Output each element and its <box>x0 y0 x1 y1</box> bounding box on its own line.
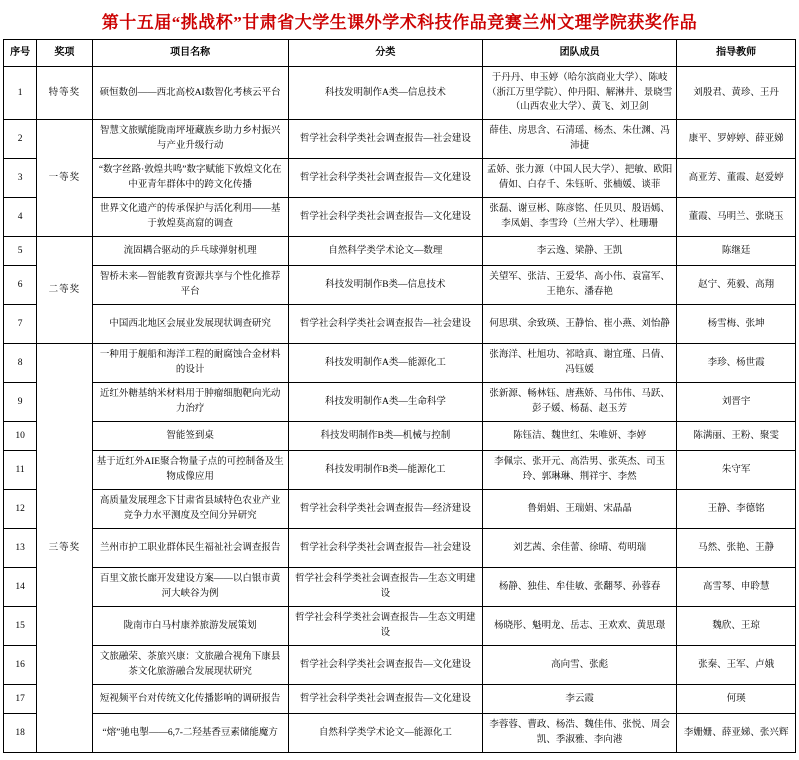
category-cell: 哲学社会科学类社会调查报告—社会建设 <box>288 120 482 159</box>
table-row: 8 三等奖 一种用于舰船和海洋工程的耐腐蚀合金材料的设计 科技发明制作A类—能源… <box>4 344 796 383</box>
table-row: 15 陇南市白马村康养旅游发展策划 哲学社会科学类社会调查报告—生态文明建设 杨… <box>4 607 796 646</box>
table-row: 18 “熔”驰电掣——6,7-二羟基香豆素储能魔方 自然科学类学术论文—能源化工… <box>4 714 796 753</box>
teachers-cell: 李珍、杨世霞 <box>677 344 796 383</box>
category-cell: 科技发明制作A类—生命科学 <box>288 383 482 422</box>
serial-cell: 9 <box>4 383 37 422</box>
category-cell: 哲学社会科学类社会调查报告—文化建设 <box>288 159 482 198</box>
category-cell: 科技发明制作B类—信息技术 <box>288 266 482 305</box>
table-row: 1 特等奖 硕恒数创——西北高校AI数智化考核云平台 科技发明制作A类—信息技术… <box>4 67 796 120</box>
team-cell: 杨静、独佳、牟佳敏、张翻琴、孙蓉春 <box>483 568 677 607</box>
header-serial: 序号 <box>4 40 37 67</box>
project-cell: 智桥未来—智能教育资源共享与个性化推荐平台 <box>92 266 288 305</box>
team-cell: 李云霞 <box>483 685 677 714</box>
team-cell: 陈钰洁、魏世红、朱唯妍、李婷 <box>483 422 677 451</box>
awards-table: 序号 奖项 项目名称 分类 团队成员 指导教师 1 特等奖 硕恒数创——西北高校… <box>3 39 796 753</box>
team-cell: 孟娇、张力源（中国人民大学）、把敏、欧阳倩如、白存千、朱钰昕、张楠媛、谈菲 <box>483 159 677 198</box>
project-cell: 文旅融荣、茶旅兴康：文旅融合视角下康县茶文化旅游融合发展现状研究 <box>92 646 288 685</box>
project-cell: 陇南市白马村康养旅游发展策划 <box>92 607 288 646</box>
header-award: 奖项 <box>37 40 92 67</box>
team-cell: 张新源、畅林钰、唐燕娇、马伟伟、马跃、彭子媛、杨磊、赵玉芳 <box>483 383 677 422</box>
team-cell: 李蓉蓉、曹政、杨浩、魏佳伟、张悦、周会凯、季淑雅、李向港 <box>483 714 677 753</box>
project-cell: 流固耦合驱动的乒乓球弹射机理 <box>92 237 288 266</box>
category-cell: 哲学社会科学类社会调查报告—社会建设 <box>288 529 482 568</box>
teachers-cell: 杨雪梅、张坤 <box>677 305 796 344</box>
project-cell: 基于近红外AIE聚合物量子点的可控制备及生物成像应用 <box>92 451 288 490</box>
serial-cell: 5 <box>4 237 37 266</box>
project-cell: 兰州市护工职业群体民生福祉社会调查报告 <box>92 529 288 568</box>
team-cell: 杨晓彤、魁明龙、岳志、王欢欢、黄思璟 <box>483 607 677 646</box>
project-cell: 一种用于舰船和海洋工程的耐腐蚀合金材料的设计 <box>92 344 288 383</box>
header-teachers: 指导教师 <box>677 40 796 67</box>
table-row: 13 兰州市护工职业群体民生福祉社会调查报告 哲学社会科学类社会调查报告—社会建… <box>4 529 796 568</box>
category-cell: 哲学社会科学类社会调查报告—生态文明建设 <box>288 568 482 607</box>
team-cell: 刘艺茜、余佳蕾、徐晴、苟明瑞 <box>483 529 677 568</box>
table-row: 2 一等奖 智慧文旅赋能陇南坪垭藏族乡助力乡村振兴与产业升级行动 哲学社会科学类… <box>4 120 796 159</box>
table-row: 5 二等奖 流固耦合驱动的乒乓球弹射机理 自然科学类学术论文—数理 李云逸、梁静… <box>4 237 796 266</box>
category-cell: 科技发明制作A类—能源化工 <box>288 344 482 383</box>
teachers-cell: 李姗姗、薛亚娣、张兴辉 <box>677 714 796 753</box>
award-cell: 特等奖 <box>37 67 92 120</box>
serial-cell: 18 <box>4 714 37 753</box>
teachers-cell: 刘晋宇 <box>677 383 796 422</box>
table-row: 3 “数字丝路·敦煌共鸣”数字赋能下敦煌文化在中亚青年群体中的跨文化传播 哲学社… <box>4 159 796 198</box>
table-row: 14 百里文旅长廊开发建设方案——以白银市黄河大峡谷为例 哲学社会科学类社会调查… <box>4 568 796 607</box>
category-cell: 自然科学类学术论文—能源化工 <box>288 714 482 753</box>
category-cell: 科技发明制作A类—信息技术 <box>288 67 482 120</box>
table-row: 10 智能签到桌 科技发明制作B类—机械与控制 陈钰洁、魏世红、朱唯妍、李婷 陈… <box>4 422 796 451</box>
page-title: 第十五届“挑战杯”甘肃省大学生课外学术科技作品竞赛兰州文理学院获奖作品 <box>3 4 796 39</box>
table-row: 17 短视频平台对传统文化传播影响的调研报告 哲学社会科学类社会调查报告—文化建… <box>4 685 796 714</box>
team-cell: 李云逸、梁静、王凯 <box>483 237 677 266</box>
category-cell: 哲学社会科学类社会调查报告—经济建设 <box>288 490 482 529</box>
table-row: 9 近红外糖基纳米材料用于肿瘤细胞靶向光动力治疗 科技发明制作A类—生命科学 张… <box>4 383 796 422</box>
category-cell: 哲学社会科学类社会调查报告—文化建设 <box>288 646 482 685</box>
table-row: 6 智桥未来—智能教育资源共享与个性化推荐平台 科技发明制作B类—信息技术 关望… <box>4 266 796 305</box>
team-cell: 于丹丹、申玉婷（哈尔滨商业大学）、陈岐（浙江万里学院）、仲丹阳、解淋井、景晓雪（… <box>483 67 677 120</box>
category-cell: 科技发明制作B类—能源化工 <box>288 451 482 490</box>
project-cell: 中国西北地区会展业发展现状调查研究 <box>92 305 288 344</box>
table-row: 7 中国西北地区会展业发展现状调查研究 哲学社会科学类社会调查报告—社会建设 何… <box>4 305 796 344</box>
serial-cell: 3 <box>4 159 37 198</box>
team-cell: 李佩宗、张开元、高浩男、张英杰、司玉玲、郭琳琳、荆祥宇、李然 <box>483 451 677 490</box>
serial-cell: 16 <box>4 646 37 685</box>
teachers-cell: 王静、李德铭 <box>677 490 796 529</box>
award-cell: 二等奖 <box>37 237 92 344</box>
serial-cell: 2 <box>4 120 37 159</box>
document-page: 第十五届“挑战杯”甘肃省大学生课外学术科技作品竞赛兰州文理学院获奖作品 序号 奖… <box>0 0 799 760</box>
category-cell: 哲学社会科学类社会调查报告—文化建设 <box>288 685 482 714</box>
table-row: 4 世界文化遗产的传承保护与活化利用——基于敦煌莫高窟的调查 哲学社会科学类社会… <box>4 198 796 237</box>
award-cell: 三等奖 <box>37 344 92 753</box>
project-cell: 智能签到桌 <box>92 422 288 451</box>
project-cell: 近红外糖基纳米材料用于肿瘤细胞靶向光动力治疗 <box>92 383 288 422</box>
teachers-cell: 刘殷君、黄珍、王丹 <box>677 67 796 120</box>
project-cell: “数字丝路·敦煌共鸣”数字赋能下敦煌文化在中亚青年群体中的跨文化传播 <box>92 159 288 198</box>
team-cell: 薛佳、房思含、石清瑶、杨杰、朱仕渊、冯沛捷 <box>483 120 677 159</box>
serial-cell: 1 <box>4 67 37 120</box>
teachers-cell: 康平、罗婷婷、薛亚娣 <box>677 120 796 159</box>
award-cell: 一等奖 <box>37 120 92 237</box>
serial-cell: 14 <box>4 568 37 607</box>
teachers-cell: 魏欣、王琼 <box>677 607 796 646</box>
project-cell: 智慧文旅赋能陇南坪垭藏族乡助力乡村振兴与产业升级行动 <box>92 120 288 159</box>
table-header-row: 序号 奖项 项目名称 分类 团队成员 指导教师 <box>4 40 796 67</box>
teachers-cell: 陈满丽、王粉、聚雯 <box>677 422 796 451</box>
teachers-cell: 高雪琴、申聆慧 <box>677 568 796 607</box>
project-cell: 高质量发展理念下甘肃省县域特色农业产业竞争力水平测度及空间分异研究 <box>92 490 288 529</box>
team-cell: 高向雪、张彪 <box>483 646 677 685</box>
project-cell: 硕恒数创——西北高校AI数智化考核云平台 <box>92 67 288 120</box>
serial-cell: 7 <box>4 305 37 344</box>
teachers-cell: 何瑛 <box>677 685 796 714</box>
teachers-cell: 赵宁、苑毅、高翔 <box>677 266 796 305</box>
team-cell: 鲁娟娟、王瑞娟、宋晶晶 <box>483 490 677 529</box>
project-cell: 百里文旅长廊开发建设方案——以白银市黄河大峡谷为例 <box>92 568 288 607</box>
category-cell: 哲学社会科学类社会调查报告—生态文明建设 <box>288 607 482 646</box>
serial-cell: 13 <box>4 529 37 568</box>
table-row: 11 基于近红外AIE聚合物量子点的可控制备及生物成像应用 科技发明制作B类—能… <box>4 451 796 490</box>
header-category: 分类 <box>288 40 482 67</box>
teachers-cell: 董霞、马明兰、张晓玉 <box>677 198 796 237</box>
team-cell: 何思琪、余致瑛、王静怡、崔小燕、刘怡静 <box>483 305 677 344</box>
category-cell: 自然科学类学术论文—数理 <box>288 237 482 266</box>
teachers-cell: 高亚芳、董霞、赵爱婷 <box>677 159 796 198</box>
category-cell: 哲学社会科学类社会调查报告—文化建设 <box>288 198 482 237</box>
project-cell: 短视频平台对传统文化传播影响的调研报告 <box>92 685 288 714</box>
teachers-cell: 张秦、王军、卢娥 <box>677 646 796 685</box>
serial-cell: 10 <box>4 422 37 451</box>
serial-cell: 12 <box>4 490 37 529</box>
header-team: 团队成员 <box>483 40 677 67</box>
serial-cell: 17 <box>4 685 37 714</box>
category-cell: 科技发明制作B类—机械与控制 <box>288 422 482 451</box>
table-row: 12 高质量发展理念下甘肃省县域特色农业产业竞争力水平测度及空间分异研究 哲学社… <box>4 490 796 529</box>
teachers-cell: 马然、张艳、王静 <box>677 529 796 568</box>
serial-cell: 8 <box>4 344 37 383</box>
team-cell: 张海洋、杜旭功、祁晗真、谢宜瑾、吕倩、冯钰媛 <box>483 344 677 383</box>
table-row: 16 文旅融荣、茶旅兴康：文旅融合视角下康县茶文化旅游融合发展现状研究 哲学社会… <box>4 646 796 685</box>
project-cell: 世界文化遗产的传承保护与活化利用——基于敦煌莫高窟的调查 <box>92 198 288 237</box>
serial-cell: 11 <box>4 451 37 490</box>
header-project: 项目名称 <box>92 40 288 67</box>
teachers-cell: 陈继廷 <box>677 237 796 266</box>
team-cell: 关望军、张洁、王爱华、高小伟、袁富军、王艳东、潘春艳 <box>483 266 677 305</box>
serial-cell: 6 <box>4 266 37 305</box>
teachers-cell: 朱守军 <box>677 451 796 490</box>
team-cell: 张磊、谢豆彬、陈彦铭、任贝贝、殷语嫣、李凤娟、李雪玲（兰州大学）、杜珊珊 <box>483 198 677 237</box>
category-cell: 哲学社会科学类社会调查报告—社会建设 <box>288 305 482 344</box>
serial-cell: 15 <box>4 607 37 646</box>
project-cell: “熔”驰电掣——6,7-二羟基香豆素储能魔方 <box>92 714 288 753</box>
serial-cell: 4 <box>4 198 37 237</box>
